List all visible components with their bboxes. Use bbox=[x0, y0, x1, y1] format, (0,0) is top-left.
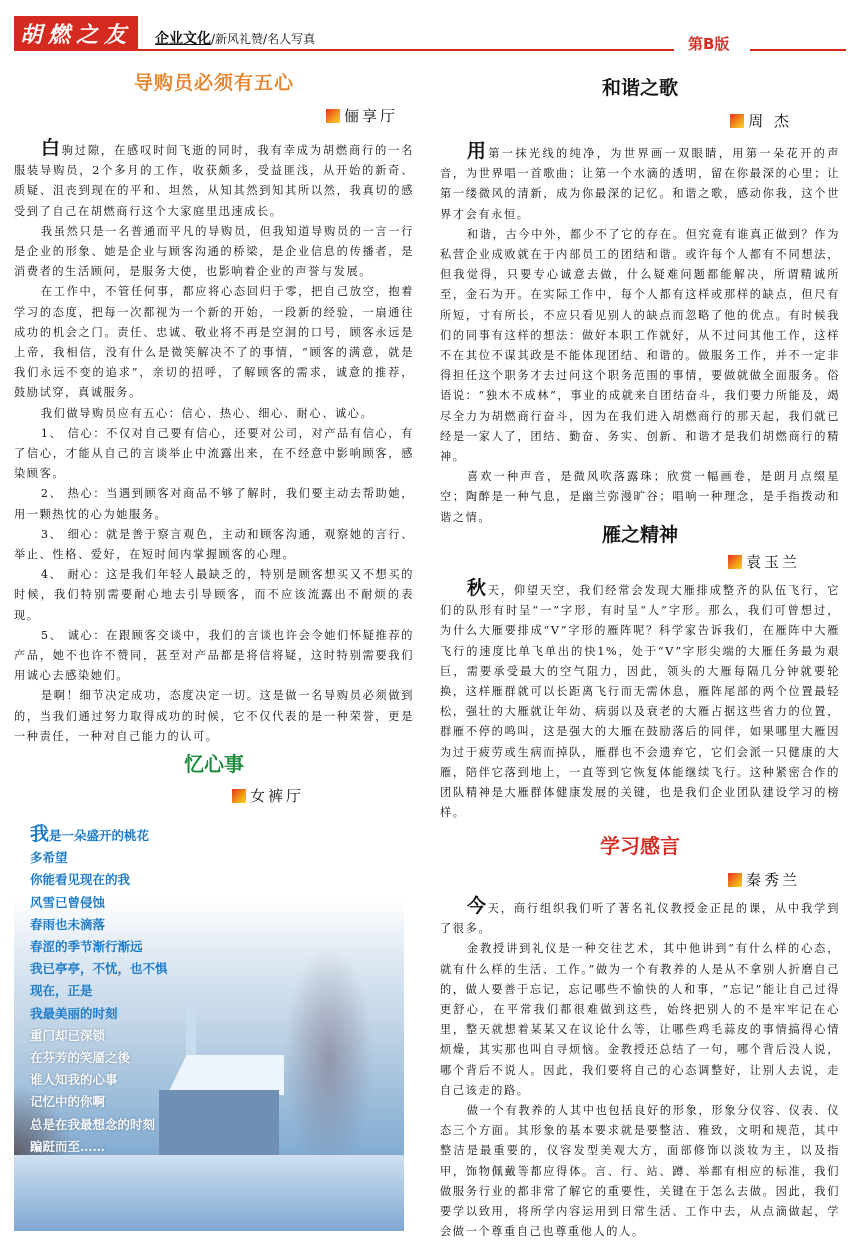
poem-line: 春涩的季节渐行渐远 bbox=[30, 936, 168, 958]
dropcap: 秋 bbox=[467, 577, 488, 599]
snow-ground-decoration bbox=[14, 1155, 404, 1231]
poem-line: 风雪已曾侵蚀 bbox=[30, 892, 168, 914]
paragraph: 1、 信心：不仅对自己要有信心，还要对公司，对产品有信心，有了信心，才能从自己的… bbox=[14, 424, 414, 485]
article-learning: 学习感言 秦秀兰 今天，商行组织我们听了著名礼仪教授金正昆的课，从中我学到了很多… bbox=[440, 830, 840, 1242]
masthead-logo: 胡燃之友 bbox=[14, 16, 138, 50]
poem-line: 我是一朵盛开的桃花 bbox=[30, 823, 168, 847]
dropcap: 用 bbox=[467, 140, 488, 162]
dropcap: 白 bbox=[41, 137, 62, 159]
poem-panel: 我是一朵盛开的桃花 多希望 你能看见现在的我 风雪已曾侵蚀 春雨也未滴落 春涩的… bbox=[14, 815, 404, 1231]
byline: 女裤厅 bbox=[14, 785, 414, 806]
poem-line: 在芬芳的笑靥之後 bbox=[30, 1047, 168, 1069]
poem-line: 春雨也未滴落 bbox=[30, 914, 168, 936]
header-rule-left bbox=[14, 49, 674, 51]
byline-square-icon bbox=[326, 109, 340, 123]
paragraph: 3、 细心：就是善于察言观色，主动和顾客沟通，观察她的言行、举止、性格、爱好，在… bbox=[14, 525, 414, 565]
article-title: 导购员必须有五心 bbox=[14, 68, 414, 95]
byline-square-icon bbox=[728, 873, 742, 887]
poem-line: 我已亭亭，不忧，也不惧 bbox=[30, 958, 168, 980]
article-title: 忆心事 bbox=[14, 748, 414, 777]
paragraph: 4、 耐心：这是我们年轻人最缺乏的，特别是顾客想买又不想买的时候，我们特别需要耐… bbox=[14, 565, 414, 626]
article-memory: 忆心事 女裤厅 bbox=[14, 748, 414, 806]
section-sub: /新风礼赞/名人写真 bbox=[211, 32, 315, 46]
paragraph: 在工作中，不管任何事，都应将心态回归于零，把自己放空，抱着学习的态度，把每一次都… bbox=[14, 282, 414, 403]
poem-line: 你能看见现在的我 bbox=[30, 869, 168, 891]
masthead-title: 胡燃之友 bbox=[20, 18, 132, 49]
poem-line: 记忆中的你啊 bbox=[30, 1091, 168, 1113]
poem-line: 重门却已深锁 bbox=[30, 1025, 168, 1047]
byline-square-icon bbox=[730, 114, 744, 128]
article-harmony: 和谐之歌 周 杰 用第一抹光线的纯净，为世界画一双眼睛，用第一朵花开的声音，为世… bbox=[440, 73, 840, 528]
byline: 袁玉兰 bbox=[440, 551, 840, 572]
paragraph: 驹过隙，在感叹时间飞逝的同时，我有幸成为胡燃商行的一名服装导购员，2个多月的工作… bbox=[14, 144, 414, 218]
article-body: 秋天，仰望天空，我们经常会发现大雁排成整齐的队伍飞行，它们的队形有时呈“一”字形… bbox=[440, 578, 840, 823]
paragraph: 第一抹光线的纯净，为世界画一双眼睛，用第一朵花开的声音，为世界唱一首歌曲；让第一… bbox=[440, 147, 840, 221]
paragraph: 天，仰望天空，我们经常会发现大雁排成整齐的队伍飞行，它们的队形有时呈“一”字形，… bbox=[440, 584, 840, 819]
article-title: 雁之精神 bbox=[440, 520, 840, 547]
poem-line: 现在，正是 bbox=[30, 980, 168, 1002]
author: 周 杰 bbox=[748, 110, 792, 131]
dropcap: 今 bbox=[467, 895, 488, 917]
author: 秦秀兰 bbox=[746, 869, 800, 890]
paragraph: 做一个有教养的人其中也包括良好的形象，形象分仪容、仪表、仪态三个方面。其形象的基… bbox=[440, 1101, 840, 1242]
byline: 俪享厅 bbox=[14, 105, 414, 126]
article-shopping-guide: 导购员必须有五心 俪享厅 白驹过隙，在感叹时间飞逝的同时，我有幸成为胡燃商行的一… bbox=[14, 68, 414, 747]
section-main: 企业文化 bbox=[155, 31, 211, 47]
byline: 周 杰 bbox=[440, 110, 840, 131]
paragraph: 5、 诚心：在跟顾客交谈中，我们的言谈也许会令她们怀疑推荐的产品，她不也许不赞同… bbox=[14, 626, 414, 687]
byline-square-icon bbox=[232, 789, 246, 803]
author: 袁玉兰 bbox=[746, 551, 800, 572]
header-rule-right bbox=[750, 49, 846, 51]
paragraph: 天，商行组织我们听了著名礼仪教授金正昆的课，从中我学到了很多。 bbox=[440, 902, 840, 935]
article-body: 今天，商行组织我们听了著名礼仪教授金正昆的课，从中我学到了很多。 金教授讲到礼仪… bbox=[440, 896, 840, 1242]
paragraph: 我虽然只是一名普通而平凡的导购员，但我知道导购员的一言一行是企业的形象、她是企业… bbox=[14, 222, 414, 283]
byline: 秦秀兰 bbox=[440, 869, 840, 890]
paragraph: 喜欢一种声音，是微风吹落露珠；欣赏一幅画卷，是朗月点缀星空；陶醉是一种气息，是幽… bbox=[440, 467, 840, 528]
poem-line: 多希望 bbox=[30, 847, 168, 869]
section-nav: 企业文化/新风礼赞/名人写真 bbox=[155, 28, 315, 48]
poem-lines: 我是一朵盛开的桃花 多希望 你能看见现在的我 风雪已曾侵蚀 春雨也未滴落 春涩的… bbox=[30, 823, 168, 1158]
poem-line: 谁人知我的心事 bbox=[30, 1069, 168, 1091]
poem-line: 总是在我最想念的时刻 bbox=[30, 1114, 168, 1136]
snowy-tree-decoration bbox=[284, 945, 374, 1175]
article-title: 学习感言 bbox=[440, 830, 840, 859]
article-geese: 雁之精神 袁玉兰 秋天，仰望天空，我们经常会发现大雁排成整齐的队伍飞行，它们的队… bbox=[440, 520, 840, 823]
paragraph: 我们做导购员应有五心：信心、热心、细心、耐心、诚心。 bbox=[14, 404, 414, 424]
church-decoration bbox=[159, 1090, 279, 1165]
poem-line: 我最美丽的时刻 bbox=[30, 1003, 168, 1025]
byline-square-icon bbox=[728, 555, 742, 569]
poem-line: 蹁跹而至…… bbox=[30, 1136, 168, 1158]
paragraph: 是啊！细节决定成功，态度决定一切。这是做一名导购员必须做到的，当我们通过努力取得… bbox=[14, 686, 414, 747]
paragraph: 和谐，古今中外，都少不了它的存在。但究竟有谁真正做到？作为私营企业成败就在于内部… bbox=[440, 225, 840, 467]
author: 女裤厅 bbox=[250, 785, 304, 806]
article-body: 用第一抹光线的纯净，为世界画一双眼睛，用第一朵花开的声音，为世界唱一首歌曲；让第… bbox=[440, 141, 840, 528]
article-body: 白驹过隙，在感叹时间飞逝的同时，我有幸成为胡燃商行的一名服装导购员，2个多月的工… bbox=[14, 138, 414, 747]
church-roof-decoration bbox=[154, 1055, 284, 1095]
article-title: 和谐之歌 bbox=[440, 73, 840, 100]
edition-label: 第B版 bbox=[688, 33, 729, 54]
paragraph: 金教授讲到礼仪是一种交往艺术，其中他讲到“有什么样的心态，就有什么样的生活、工作… bbox=[440, 939, 840, 1101]
paragraph: 2、 热心：当遇到顾客对商品不够了解时，我们要主动去帮助她，用一颗热忱的心为她服… bbox=[14, 484, 414, 524]
author: 俪享厅 bbox=[344, 105, 398, 126]
